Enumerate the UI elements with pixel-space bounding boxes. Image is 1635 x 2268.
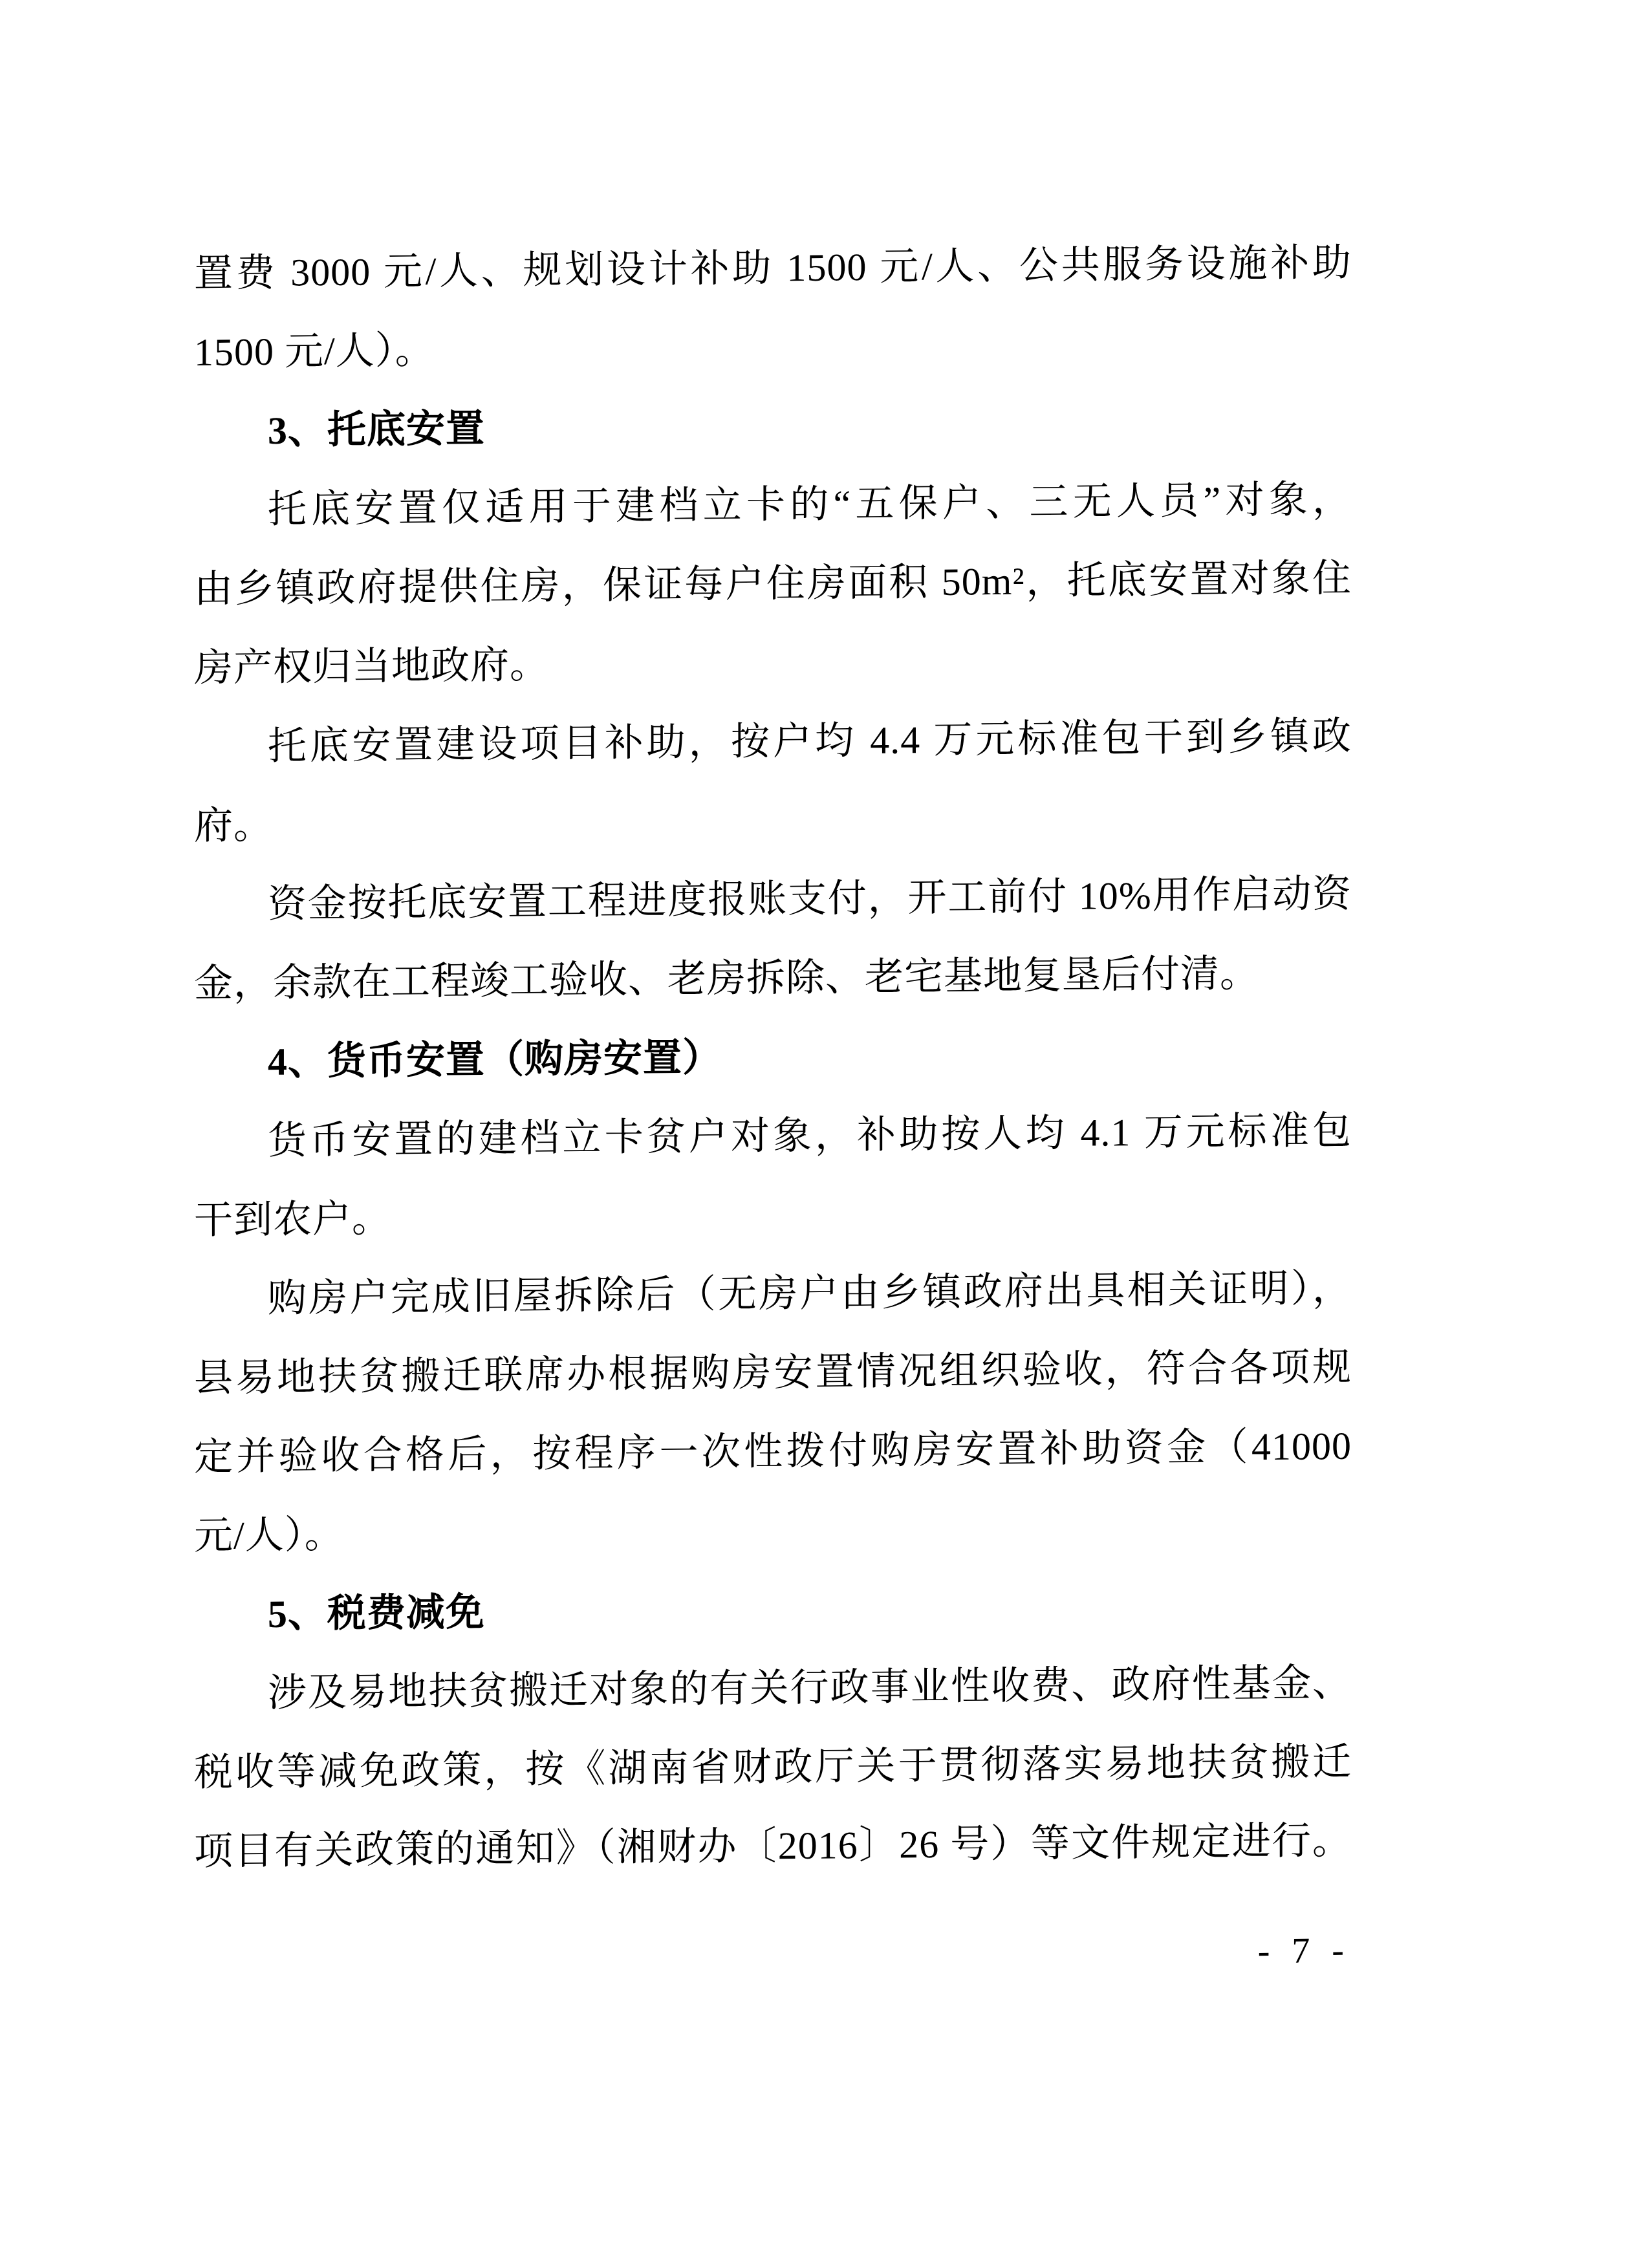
section-heading-4: 4、货币安置（购房安置） — [194, 1012, 1352, 1102]
text-line: 房产权归当地政府。 — [194, 618, 1352, 707]
text-line: 定并验收合格后，按程序一次性拨付购房安置补助资金（41000 — [194, 1407, 1352, 1496]
text-line: 府。 — [194, 775, 1352, 865]
text-line: 购房户完成旧屋拆除后（无房户由乡镇政府出具相关证明）， — [194, 1249, 1352, 1339]
text-line: 置费 3000 元/人、规划设计补助 1500 元/人、公共服务设施补助 — [194, 223, 1352, 313]
text-line: 干到农户。 — [194, 1170, 1352, 1260]
page-number: - 7 - — [194, 1921, 1352, 1991]
text-line: 资金按托底安置工程进度报账支付，开工前付 10%用作启动资 — [194, 854, 1352, 944]
text-line: 托底安置仅适用于建档立卡的“五保户、三无人员”对象， — [194, 460, 1352, 550]
text-line: 货币安置的建档立卡贫户对象，补助按人均 4.1 万元标准包 — [194, 1091, 1352, 1181]
text-line: 托底安置建设项目补助，按户均 4.4 万元标准包干到乡镇政 — [194, 697, 1352, 786]
document-page: 置费 3000 元/人、规划设计补助 1500 元/人、公共服务设施补助 150… — [0, 0, 1635, 2268]
text-line: 金，余款在工程竣工验收、老房拆除、老宅基地复垦后付清。 — [194, 933, 1352, 1023]
text-line: 税收等减免政策，按《湖南省财政厅关于贯彻落实易地扶贫搬迁 — [194, 1722, 1352, 1812]
text-line: 县易地扶贫搬迁联席办根据购房安置情况组织验收，符合各项规 — [194, 1328, 1352, 1418]
document-body: 置费 3000 元/人、规划设计补助 1500 元/人、公共服务设施补助 150… — [194, 223, 1352, 1991]
text-line: 涉及易地扶贫搬迁对象的有关行政事业性收费、政府性基金、 — [194, 1643, 1352, 1733]
section-heading-5: 5、税费减免 — [194, 1564, 1352, 1654]
text-line: 项目有关政策的通知》（湘财办〔2016〕26 号）等文件规定进行。 — [194, 1801, 1352, 1891]
text-line: 由乡镇政府提供住房，保证每户住房面积 50m²，托底安置对象住 — [194, 539, 1352, 629]
text-line: 元/人）。 — [194, 1485, 1352, 1575]
text-line: 1500 元/人）。 — [194, 302, 1352, 392]
section-heading-3: 3、托底安置 — [194, 381, 1352, 471]
